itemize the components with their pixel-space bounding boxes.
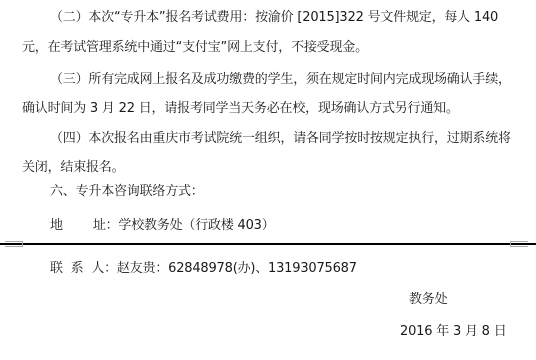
address-label-part-1: 地 <box>50 218 63 233</box>
fee-paragraph-line-1: （二）本次“专升本”报名考试费用：按渝价 [2015]322 号文件规定，每人 … <box>50 10 498 26</box>
contact-person-line: 联 系 人：赵友贵：62848978(办)、13193075687 <box>50 261 357 277</box>
contact-heading: 六、专升本咨询联络方式： <box>50 184 204 200</box>
organization-paragraph-line-1: （四）本次报名由重庆市考试院统一组织，请各同学按时按规定执行，过期系统将 <box>50 131 511 147</box>
signature-date: 2016 年 3 月 8 日 <box>400 324 507 340</box>
right-margin-crop-mark <box>510 241 528 247</box>
left-margin-crop-mark <box>5 241 23 247</box>
signature-office: 教务处 <box>409 292 447 308</box>
page-break-line <box>0 243 536 245</box>
confirm-paragraph-line-1: （三）所有完成网上报名及成功缴费的学生，须在规定时间内完成现场确认手续， <box>50 72 511 88</box>
organization-paragraph-line-2: 关闭，结束报名。 <box>22 160 124 176</box>
confirm-paragraph-line-2: 确认时间为 3 月 22 日，请报考同学当天务必在校，现场确认方式另行通知。 <box>22 101 459 117</box>
address-value: 址：学校教务处（行政楼 403） <box>93 218 275 233</box>
address-line: 地址：学校教务处（行政楼 403） <box>50 218 275 234</box>
fee-paragraph-line-2: 元，在考试管理系统中通过“支付宝”网上支付，不接受现金。 <box>22 40 368 56</box>
